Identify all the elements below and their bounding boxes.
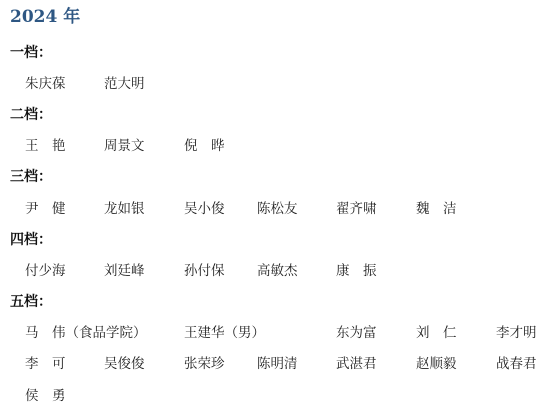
year-heading: 2024 年: [10, 6, 80, 28]
tier-4-name: 康 振: [336, 262, 377, 280]
tier-5-name: 李 可: [25, 355, 66, 373]
tier-5-name: 战春君: [496, 355, 537, 373]
tier-5-name: 武湛君: [336, 355, 377, 373]
tier-5-name: 陈明清: [257, 355, 298, 373]
tier-1-name: 范大明: [104, 75, 145, 93]
tier-3-name: 翟齐啸: [336, 200, 377, 218]
tier-5-name: 侯 勇: [25, 387, 66, 405]
tier-1-label: 一档：: [10, 44, 52, 62]
tier-5-name: 刘 仁: [416, 324, 457, 342]
tier-2-name: 王 艳: [25, 137, 66, 155]
tier-5-name: 马 伟（食品学院）: [25, 324, 147, 342]
tier-4-name: 高敏杰: [257, 262, 298, 280]
tier-3-name: 龙如银: [104, 200, 145, 218]
tier-1-name: 朱庆葆: [25, 75, 66, 93]
tier-5-name: 赵顺毅: [416, 355, 457, 373]
tier-2-name: 周景文: [104, 137, 145, 155]
tier-3-name: 吴小俊: [184, 200, 225, 218]
tier-2-name: 倪 晔: [184, 137, 225, 155]
tier-4-label: 四档：: [10, 231, 52, 249]
tier-3-label: 三档：: [10, 168, 52, 186]
tier-5-label: 五档：: [10, 293, 52, 311]
tier-4-name: 孙付保: [184, 262, 225, 280]
tier-5-name: 王建华（男）: [184, 324, 265, 342]
tier-5-name: 张荣珍: [184, 355, 225, 373]
tier-5-name: 吴俊俊: [104, 355, 145, 373]
tier-4-name: 付少海: [25, 262, 66, 280]
tier-5-name: 李才明: [496, 324, 537, 342]
tier-2-label: 二档：: [10, 106, 52, 124]
tier-5-name: 东为富: [336, 324, 377, 342]
tier-4-name: 刘廷峰: [104, 262, 145, 280]
tier-3-name: 陈松友: [257, 200, 298, 218]
tier-3-name: 尹 健: [25, 200, 66, 218]
tier-3-name: 魏 洁: [416, 200, 457, 218]
